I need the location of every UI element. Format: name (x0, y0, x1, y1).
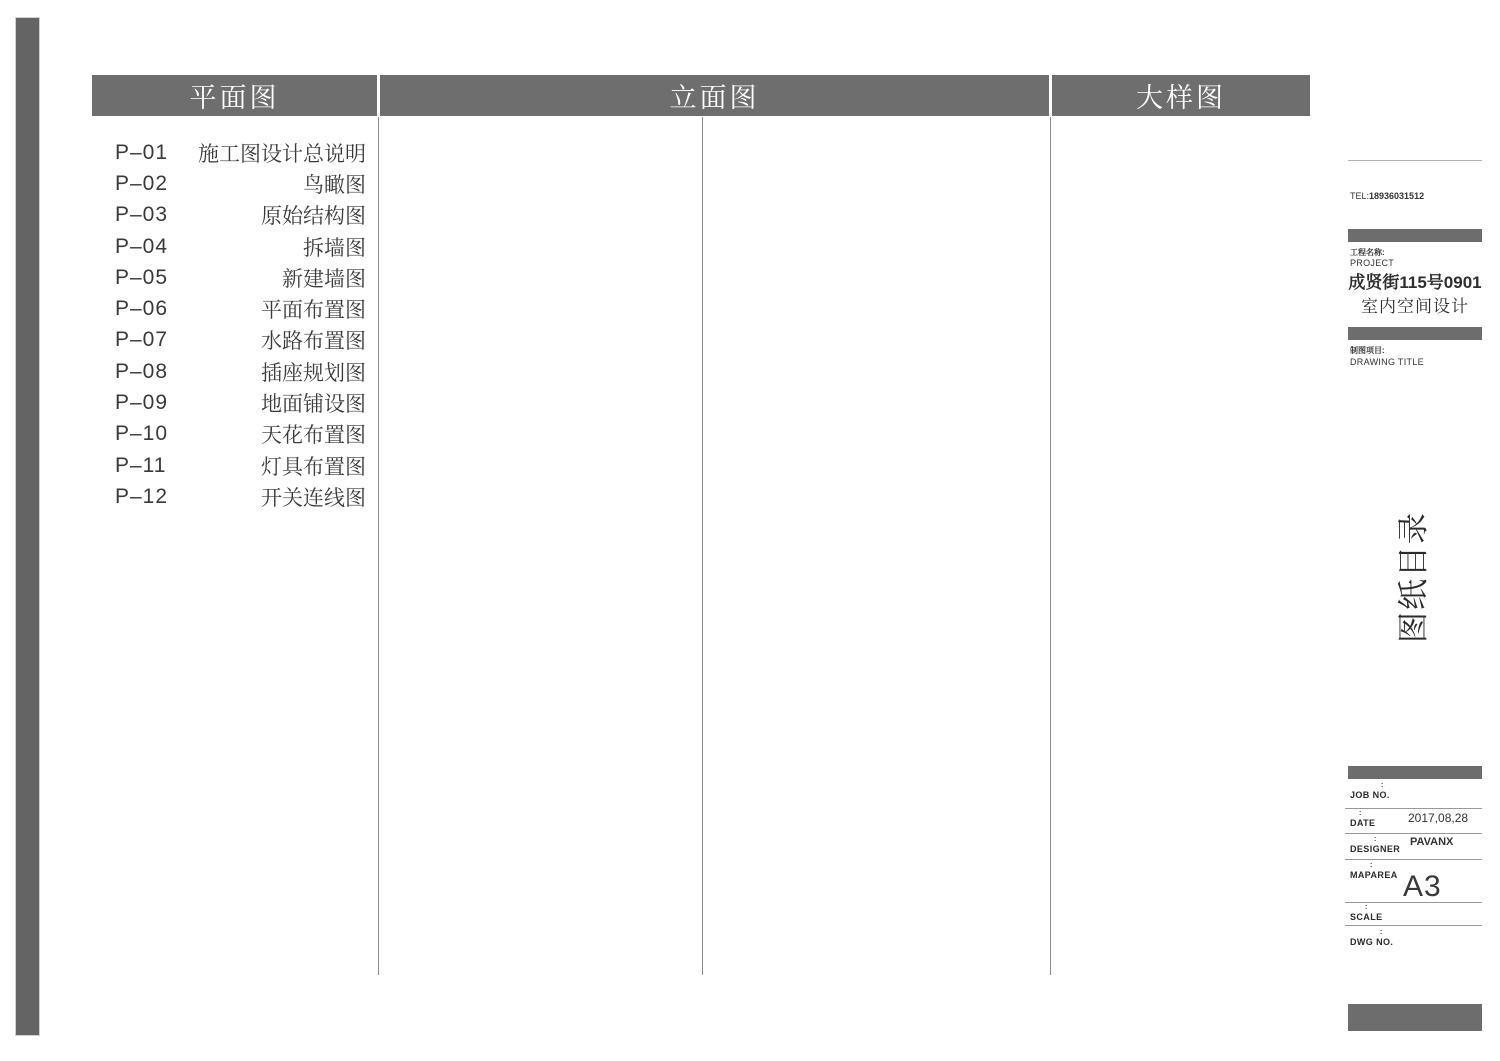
column-header-plan-label: 平面图 (190, 76, 280, 115)
field-label: JOB NO. (1350, 790, 1482, 800)
section-bar-project (1348, 229, 1482, 242)
project-label-cn: 工程名称: (1350, 247, 1385, 258)
tel-label: TEL: (1350, 191, 1369, 201)
field-separator (1345, 902, 1482, 903)
field-separator (1345, 859, 1482, 860)
field-job-no: : JOB NO. (1348, 782, 1482, 800)
column-header-plan: 平面图 (92, 75, 377, 116)
bottom-bar (1348, 1004, 1482, 1031)
tel-number: 18936031512 (1369, 191, 1424, 201)
left-margin-bar (15, 17, 40, 1036)
column-divider-line (1050, 117, 1051, 975)
sheet-number: P–04 (115, 235, 168, 259)
sheet-list-row: P–01 施工图设计总说明 (92, 137, 378, 168)
sheet-list-row: P–04 拆墙图 (92, 231, 378, 262)
sheet-title: 地面铺设图 (261, 388, 366, 418)
field-designer: : DESIGNER PAVANX (1348, 836, 1482, 854)
field-scale: : SCALE (1348, 904, 1482, 922)
sheet-number: P–10 (115, 422, 168, 446)
sheet-list-row: P–09 地面铺设图 (92, 387, 378, 418)
sheet-number: P–08 (115, 360, 168, 384)
section-bar-fields (1348, 766, 1482, 779)
field-value: A3 (1403, 870, 1442, 904)
sheet-title: 灯具布置图 (261, 451, 366, 481)
sheet-title: 天花布置图 (261, 419, 366, 449)
sheet-title: 水路布置图 (261, 325, 366, 355)
sheet-list-row: P–06 平面布置图 (92, 293, 378, 324)
sheet-number: P–06 (115, 297, 168, 321)
sheet-number: P–09 (115, 391, 168, 415)
project-name-line1: 成贤街115号0901 (1348, 268, 1482, 293)
section-bar-drawing-title (1348, 327, 1482, 340)
field-colon: : (1348, 862, 1482, 869)
sheet-number: P–03 (115, 203, 168, 227)
sheet-list: P–01 施工图设计总说明 P–02 鸟瞰图 P–03 原始结构图 P–04 拆… (92, 137, 378, 513)
sheet-title: 拆墙图 (303, 232, 366, 262)
sheet-title: 平面布置图 (261, 294, 366, 324)
sheet-title: 施工图设计总说明 (198, 138, 366, 168)
title-block-top-line (1348, 160, 1482, 161)
field-maparea: : MAPAREA A3 (1348, 862, 1482, 880)
column-header-elevation: 立面图 (380, 75, 1049, 116)
field-dwg-no: : DWG NO. (1348, 929, 1482, 947)
sheet-list-row: P–11 灯具布置图 (92, 450, 378, 481)
drawing-title-label-cn: 制图项目: (1350, 345, 1385, 356)
field-separator (1345, 808, 1482, 809)
field-value: 2017,08,28 (1408, 811, 1468, 825)
drawing-index-sheet: 平面图 立面图 大样图 P–01 施工图设计总说明 P–02 鸟瞰图 P–03 … (0, 0, 1500, 1061)
field-colon: : (1348, 904, 1482, 911)
sheet-list-row: P–08 插座规划图 (92, 356, 378, 387)
sheet-number: P–01 (115, 141, 168, 165)
column-header-elevation-label: 立面图 (670, 76, 760, 115)
sheet-title-vertical-wrap: 图纸目录 (1392, 507, 1428, 647)
drawing-title-label-en: DRAWING TITLE (1350, 357, 1424, 367)
field-date: : DATE 2017,08,28 (1348, 810, 1482, 828)
column-divider-line (378, 117, 379, 975)
sheet-title: 插座规划图 (261, 357, 366, 387)
sheet-title: 新建墙图 (282, 263, 366, 293)
sheet-title-vertical: 图纸目录 (1388, 511, 1433, 643)
sheet-number: P–11 (115, 454, 167, 478)
column-divider-line (702, 117, 703, 975)
column-header-detail: 大样图 (1052, 75, 1310, 116)
sheet-title: 开关连线图 (261, 482, 366, 512)
sheet-title: 原始结构图 (261, 200, 366, 230)
sheet-list-row: P–12 开关连线图 (92, 481, 378, 512)
sheet-list-row: P–02 鸟瞰图 (92, 168, 378, 199)
field-label: SCALE (1350, 912, 1482, 922)
sheet-list-row: P–07 水路布置图 (92, 325, 378, 356)
field-colon: : (1348, 929, 1482, 936)
sheet-number: P–12 (115, 485, 168, 509)
project-name-line2: 室内空间设计 (1348, 292, 1482, 317)
field-label: DWG NO. (1350, 937, 1482, 947)
sheet-number: P–02 (115, 172, 168, 196)
field-value: PAVANX (1410, 836, 1453, 848)
telephone-line: TEL:18936031512 (1350, 191, 1424, 201)
field-separator (1345, 833, 1482, 834)
sheet-list-row: P–10 天花布置图 (92, 419, 378, 450)
project-label-en: PROJECT (1350, 258, 1394, 268)
field-colon: : (1348, 782, 1482, 789)
sheet-number: P–07 (115, 328, 168, 352)
sheet-list-row: P–03 原始结构图 (92, 200, 378, 231)
column-header-detail-label: 大样图 (1136, 76, 1226, 115)
sheet-number: P–05 (115, 266, 168, 290)
sheet-title: 鸟瞰图 (303, 169, 366, 199)
sheet-list-row: P–05 新建墙图 (92, 262, 378, 293)
field-separator (1345, 925, 1482, 926)
